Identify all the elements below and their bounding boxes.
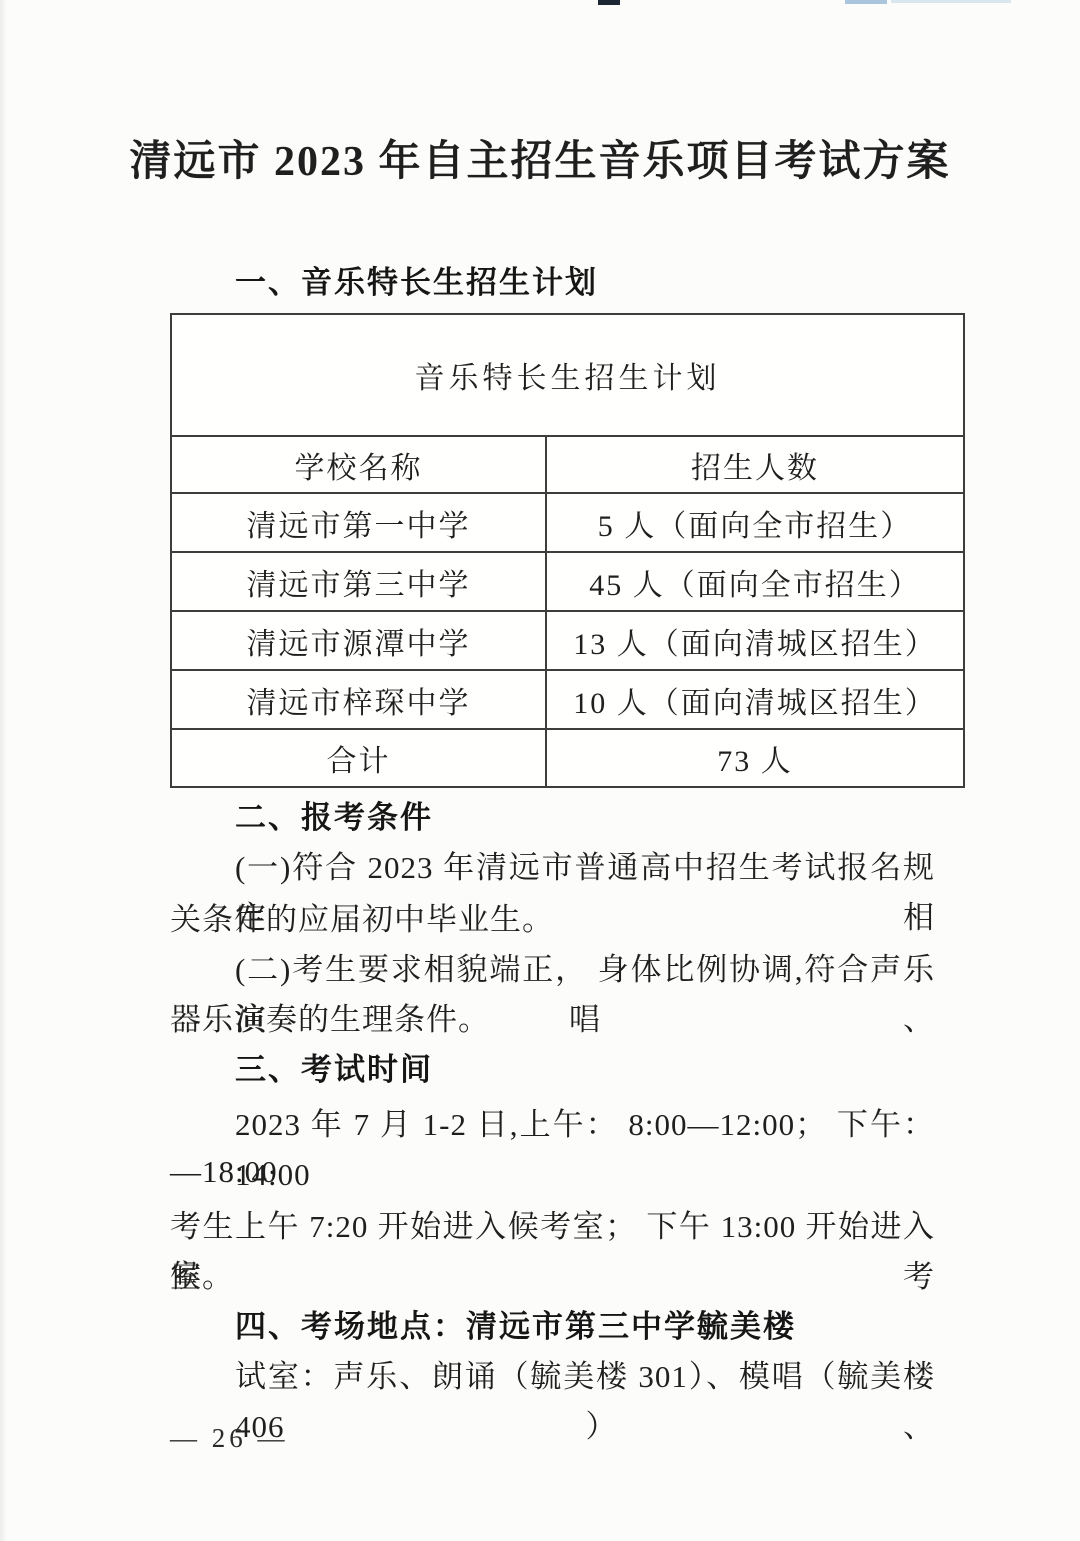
section2-paragraph1-line1: (一)符合 2023 年清远市普通高中招生考试报名规定相 (235, 843, 935, 893)
cell-school: 清远市梓琛中学 (172, 671, 547, 728)
top-edge-dark-artifact (598, 0, 620, 5)
section3-line4: 室。 (170, 1252, 234, 1302)
cell-quota: 45 人（面向全市招生） (547, 553, 963, 610)
table-title: 音乐特长生招生计划 (172, 315, 963, 437)
section4-line1: 试室：声乐、朗诵（毓美楼 301）、模唱（毓美楼 406）、 (235, 1352, 935, 1402)
section4-heading: 四、考场地点：清远市第三中学毓美楼 (235, 1302, 796, 1352)
cell-total-value: 73 人 (547, 730, 963, 786)
document-title: 清远市 2023 年自主招生音乐项目考试方案 (0, 134, 1080, 190)
section3-line2: —18:00 (170, 1147, 278, 1197)
section2-paragraph1-line2: 关条件的应届初中毕业生。 (170, 895, 554, 945)
enrollment-plan-table: 音乐特长生招生计划 学校名称 招生人数 清远市第一中学 5 人（面向全市招生） … (170, 313, 965, 788)
cell-school: 清远市第三中学 (172, 553, 547, 610)
section3-line3: 考生上午 7:20 开始进入候考室； 下午 13:00 开始进入候考 (170, 1202, 935, 1252)
table-row: 清远市源潭中学 13 人（面向清城区招生） (172, 612, 963, 671)
column-header-quota: 招生人数 (547, 437, 963, 492)
cell-quota: 13 人（面向清城区招生） (547, 612, 963, 669)
section2-paragraph2-line1: (二)考生要求相貌端正， 身体比例协调,符合声乐演唱、 (235, 945, 935, 995)
section3-line1: 2023 年 7 月 1-2 日,上午： 8:00—12:00； 下午： 14:… (235, 1100, 935, 1150)
column-header-school: 学校名称 (172, 437, 547, 492)
section2-heading: 二、报考条件 (235, 793, 433, 843)
section1-heading: 一、音乐特长生招生计划 (235, 258, 598, 308)
cell-quota: 5 人（面向全市招生） (547, 494, 963, 551)
cell-school: 清远市源潭中学 (172, 612, 547, 669)
table-row: 清远市第一中学 5 人（面向全市招生） (172, 494, 963, 553)
document-page: 清远市 2023 年自主招生音乐项目考试方案 一、音乐特长生招生计划 音乐特长生… (0, 0, 1080, 1541)
cell-total-label: 合计 (172, 730, 547, 786)
table-row: 清远市第三中学 45 人（面向全市招生） (172, 553, 963, 612)
top-edge-light-blue-artifact (891, 0, 1011, 3)
top-edge-blue-artifact (845, 0, 887, 4)
cell-school: 清远市第一中学 (172, 494, 547, 551)
table-header-row: 学校名称 招生人数 (172, 437, 963, 494)
table-row-total: 合计 73 人 (172, 730, 963, 786)
page-number: — 26 — (170, 1418, 289, 1458)
table-row: 清远市梓琛中学 10 人（面向清城区招生） (172, 671, 963, 730)
section3-heading: 三、考试时间 (235, 1045, 433, 1095)
cell-quota: 10 人（面向清城区招生） (547, 671, 963, 728)
section2-paragraph2-line2: 器乐演奏的生理条件。 (170, 995, 490, 1045)
